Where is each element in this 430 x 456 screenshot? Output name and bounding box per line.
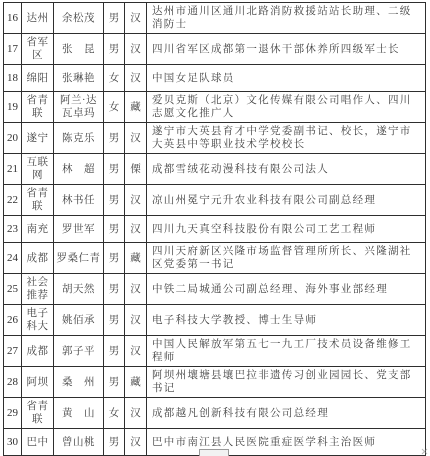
table-row: 20 遂宁 陈克乐 男 汉 遂宁市大英县育才中学党委副书记、校长，遂宁市大英县中…	[4, 123, 426, 154]
cell-name: 姚佰承	[54, 305, 104, 336]
cell-description: 四川九天真空科技股份有限公司工艺工程师	[147, 216, 426, 243]
cell-gender: 女	[104, 92, 125, 123]
table-row: 19 省青联 阿兰·达瓦卓玛 女 藏 爱贝克斯（北京）文化传媒有限公司唱作人、四…	[4, 92, 426, 123]
cell-ethnicity: 汉	[125, 429, 147, 456]
cell-description: 巴中市南江县人民医院重症医学科主治医师	[147, 429, 426, 456]
table-row: 25 社会推荐 胡天然 男 汉 中铁二局城通公司副总经理、海外事业部经理	[4, 274, 426, 305]
cell-gender: 男	[104, 123, 125, 154]
cell-ethnicity: 汉	[125, 34, 147, 65]
cell-group: 电子科大	[22, 305, 54, 336]
cell-name: 桑 州	[54, 367, 104, 398]
cell-ethnicity: 汉	[125, 65, 147, 92]
personnel-table: 16 达州 余松茂 男 汉 达州市通川区通川北路消防救援站站长助理、二级消防士 …	[3, 2, 426, 456]
table-row: 28 阿坝 桑 州 男 藏 阿坝州壤塘县壤巴拉非遗传习创业园园长、党支部书记	[4, 367, 426, 398]
table-row: 23 南充 罗世军 男 汉 四川九天真空科技股份有限公司工艺工程师	[4, 216, 426, 243]
cell-description: 四川省军区成都第一退休干部休养所四级军士长	[147, 34, 426, 65]
cell-number: 19	[4, 92, 22, 123]
cell-number: 21	[4, 154, 22, 185]
corner-mark-icon	[421, 448, 428, 455]
cell-description: 达州市通川区通川北路消防救援站站长助理、二级消防士	[147, 3, 426, 34]
table-row: 18 绵阳 张琳艳 女 汉 中国女足队球员	[4, 65, 426, 92]
cell-name: 阿兰·达瓦卓玛	[54, 92, 104, 123]
cell-gender: 男	[104, 429, 125, 456]
cell-number: 27	[4, 336, 22, 367]
cell-group: 绵阳	[22, 65, 54, 92]
table-row: 17 省军区 张 昆 男 汉 四川省军区成都第一退休干部休养所四级军士长	[4, 34, 426, 65]
cell-number: 18	[4, 65, 22, 92]
cell-gender: 女	[104, 398, 125, 429]
cell-number: 29	[4, 398, 22, 429]
cell-ethnicity: 汉	[125, 336, 147, 367]
cell-gender: 男	[104, 216, 125, 243]
cell-group: 省青联	[22, 398, 54, 429]
cell-name: 余松茂	[54, 3, 104, 34]
cell-name: 罗桑仁青	[54, 243, 104, 274]
cell-ethnicity: 汉	[125, 185, 147, 216]
cell-name: 林 超	[54, 154, 104, 185]
cell-gender: 男	[104, 274, 125, 305]
cell-gender: 女	[104, 65, 125, 92]
cell-ethnicity: 藏	[125, 243, 147, 274]
cell-number: 23	[4, 216, 22, 243]
cell-ethnicity: 汉	[125, 274, 147, 305]
cell-group: 南充	[22, 216, 54, 243]
cell-number: 25	[4, 274, 22, 305]
cell-name: 黄 山	[54, 398, 104, 429]
cell-group: 遂宁	[22, 123, 54, 154]
cell-ethnicity: 汉	[125, 398, 147, 429]
cell-group: 社会推荐	[22, 274, 54, 305]
cell-name: 张琳艳	[54, 65, 104, 92]
cell-ethnicity: 藏	[125, 92, 147, 123]
cell-group: 成都	[22, 243, 54, 274]
cell-description: 成都越凡创新科技有限公司总经理	[147, 398, 426, 429]
cell-gender: 男	[104, 154, 125, 185]
cell-description: 阿坝州壤塘县壤巴拉非遗传习创业园园长、党支部书记	[147, 367, 426, 398]
cell-name: 郭子平	[54, 336, 104, 367]
cell-number: 22	[4, 185, 22, 216]
cell-group: 省青联	[22, 92, 54, 123]
cell-description: 遂宁市大英县育才中学党委副书记、校长，遂宁市大英县中等职业技术学校校长	[147, 123, 426, 154]
cell-ethnicity: 汉	[125, 216, 147, 243]
table-row: 24 成都 罗桑仁青 男 藏 四川天府新区兴隆市场监督管理所所长、兴隆湖社区党委…	[4, 243, 426, 274]
cell-gender: 男	[104, 34, 125, 65]
cell-group: 达州	[22, 3, 54, 34]
cell-group: 阿坝	[22, 367, 54, 398]
cell-number: 26	[4, 305, 22, 336]
cell-name: 罗世军	[54, 216, 104, 243]
cell-description: 电子科技大学教授、博士生导师	[147, 305, 426, 336]
table-row: 26 电子科大 姚佰承 男 汉 电子科技大学教授、博士生导师	[4, 305, 426, 336]
cell-ethnicity: 傈	[125, 154, 147, 185]
cell-gender: 男	[104, 243, 125, 274]
cell-number: 28	[4, 367, 22, 398]
cell-number: 30	[4, 429, 22, 456]
cell-ethnicity: 汉	[125, 3, 147, 34]
cell-ethnicity: 藏	[125, 367, 147, 398]
cell-name: 曾山桃	[54, 429, 104, 456]
cell-gender: 男	[104, 185, 125, 216]
table-row: 21 互联网 林 超 男 傈 成都雪绒花动漫科技有限公司法人	[4, 154, 426, 185]
cell-name: 张 昆	[54, 34, 104, 65]
cell-gender: 男	[104, 305, 125, 336]
cell-number: 17	[4, 34, 22, 65]
cell-gender: 男	[104, 367, 125, 398]
cell-name: 陈克乐	[54, 123, 104, 154]
document-page: 16 达州 余松茂 男 汉 达州市通川区通川北路消防救援站站长助理、二级消防士 …	[0, 0, 430, 456]
cell-gender: 男	[104, 3, 125, 34]
cell-gender: 男	[104, 336, 125, 367]
cell-number: 16	[4, 3, 22, 34]
table-row: 27 成都 郭子平 男 汉 中国人民解放军第五七一九工厂技术员设备维修工程师	[4, 336, 426, 367]
table-row: 22 省青联 林书任 男 汉 凉山州冕宁元升农业科技有限公司副总经理	[4, 185, 426, 216]
cell-group: 互联网	[22, 154, 54, 185]
cell-group: 省青联	[22, 185, 54, 216]
page-footer-box-partial	[199, 449, 229, 456]
cell-number: 24	[4, 243, 22, 274]
table-row: 29 省青联 黄 山 女 汉 成都越凡创新科技有限公司总经理	[4, 398, 426, 429]
cell-group: 成都	[22, 336, 54, 367]
cell-description: 中铁二局城通公司副总经理、海外事业部经理	[147, 274, 426, 305]
table-body: 16 达州 余松茂 男 汉 达州市通川区通川北路消防救援站站长助理、二级消防士 …	[4, 3, 426, 456]
cell-description: 凉山州冕宁元升农业科技有限公司副总经理	[147, 185, 426, 216]
cell-number: 20	[4, 123, 22, 154]
cell-group: 巴中	[22, 429, 54, 456]
cell-name: 胡天然	[54, 274, 104, 305]
cell-description: 成都雪绒花动漫科技有限公司法人	[147, 154, 426, 185]
cell-ethnicity: 汉	[125, 305, 147, 336]
cell-group: 省军区	[22, 34, 54, 65]
cell-description: 四川天府新区兴隆市场监督管理所所长、兴隆湖社区党委第一书记	[147, 243, 426, 274]
cell-ethnicity: 汉	[125, 123, 147, 154]
cell-description: 中国人民解放军第五七一九工厂技术员设备维修工程师	[147, 336, 426, 367]
cell-description: 中国女足队球员	[147, 65, 426, 92]
cell-description: 爱贝克斯（北京）文化传媒有限公司唱作人、四川志愿文化推广人	[147, 92, 426, 123]
cell-name: 林书任	[54, 185, 104, 216]
table-row: 16 达州 余松茂 男 汉 达州市通川区通川北路消防救援站站长助理、二级消防士	[4, 3, 426, 34]
